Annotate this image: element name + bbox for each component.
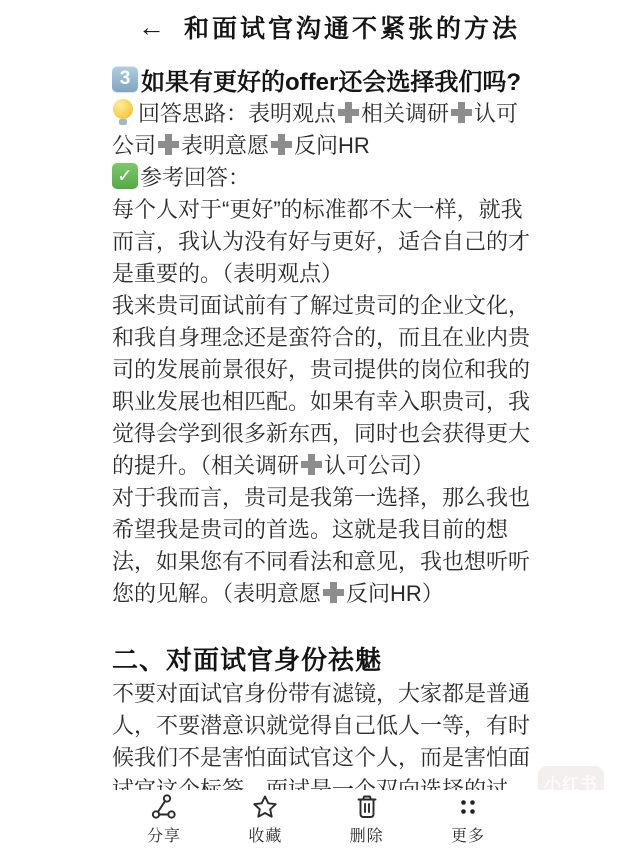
content-line: 司的发展前景很好，贵司提供的岗位和我的 xyxy=(112,352,552,384)
text-run: 反问HR xyxy=(294,129,370,160)
text-run: 公司 xyxy=(112,129,156,160)
content-line: 希望我是贵司的首选。这就是我目前的想 xyxy=(112,512,552,544)
more-icon xyxy=(454,793,482,821)
content-line: 对于我而言，贵司是我第一选择，那么我也 xyxy=(112,480,552,512)
text-run: 人，不要潜意识就觉得自己低人一等，有时 xyxy=(112,709,530,740)
delete-label: 删除 xyxy=(350,823,384,846)
keycap3-icon: 3 xyxy=(112,66,138,92)
plus-icon xyxy=(451,102,472,123)
content-line: 每个人对于“更好”的标准都不太一样，就我 xyxy=(112,192,552,224)
content-line: 参考回答： xyxy=(112,160,552,192)
section-heading: 二、对面试官身份祛魅 xyxy=(112,640,552,676)
text-run: 职业发展也相匹配。如果有幸入职贵司，我 xyxy=(112,385,530,416)
text-run: 不要对面试官身份带有滤镜，大家都是普通 xyxy=(112,677,530,708)
plus-icon xyxy=(301,454,322,475)
delete-button[interactable]: 删除 xyxy=(335,790,399,846)
text-run: 对于我而言，贵司是我第一选择，那么我也 xyxy=(112,481,530,512)
text-run: 的提升。（相关调研 xyxy=(112,449,299,480)
question-heading: 3如果有更好的offer还会选择我们吗? xyxy=(112,62,552,96)
navbar: ← 和面试官沟通不紧张的方法 xyxy=(138,10,520,44)
text-run: 认可 xyxy=(474,97,518,128)
text-run: 是重要的。（表明观点） xyxy=(112,257,343,288)
text-run: 候我们不是害怕面试官这个人，而是害怕面 xyxy=(112,741,530,772)
content-line: 试官这个标签，面试是一个双向选择的过 xyxy=(112,772,552,792)
plus-icon xyxy=(271,134,292,155)
trash-icon xyxy=(353,793,381,821)
more-button[interactable]: 更多 xyxy=(436,790,500,846)
text-run: 而言，我认为没有好与更好，适合自己的才 xyxy=(112,225,530,256)
share-label: 分享 xyxy=(147,823,181,846)
content-line: 公司表明意愿反问HR xyxy=(112,128,552,160)
note-content: 3如果有更好的offer还会选择我们吗?回答思路：表明观点相关调研认可公司表明意… xyxy=(112,62,552,792)
collect-label: 收藏 xyxy=(248,823,282,846)
star-icon xyxy=(251,793,279,821)
content-line: 而言，我认为没有好与更好，适合自己的才 xyxy=(112,224,552,256)
text-run: 和我自身理念还是蛮符合的，而且在业内贵 xyxy=(112,321,530,352)
bottom-toolbar: 分享 收藏 删除 xyxy=(0,790,639,853)
text-run: 如果有更好的offer还会选择我们吗? xyxy=(141,62,521,97)
content-line: 不要对面试官身份带有滤镜，大家都是普通 xyxy=(112,676,552,708)
content-line: 回答思路：表明观点相关调研认可 xyxy=(112,96,552,128)
text-run: 参考回答： xyxy=(140,161,250,192)
toolbar-buttons: 分享 收藏 删除 xyxy=(132,790,500,846)
text-run: 认可公司） xyxy=(324,449,434,480)
text-run: 我来贵司面试前有了解过贵司的企业文化， xyxy=(112,289,530,320)
share-button[interactable]: 分享 xyxy=(132,790,196,846)
content-line: 是重要的。（表明观点） xyxy=(112,256,552,288)
screen: ← 和面试官沟通不紧张的方法 3如果有更好的offer还会选择我们吗?回答思路：… xyxy=(0,0,639,853)
check-icon xyxy=(112,163,138,189)
content-line: 您的见解。（表明意愿反问HR） xyxy=(112,576,552,608)
plus-icon xyxy=(338,102,359,123)
text-run: 二、对面试官身份祛魅 xyxy=(112,640,382,677)
text-run: 法，如果您有不同看法和意见，我也想听听 xyxy=(112,545,530,576)
content-line: 法，如果您有不同看法和意见，我也想听听 xyxy=(112,544,552,576)
content-line: 和我自身理念还是蛮符合的，而且在业内贵 xyxy=(112,320,552,352)
text-run: 司的发展前景很好，贵司提供的岗位和我的 xyxy=(112,353,530,384)
text-run: 希望我是贵司的首选。这就是我目前的想 xyxy=(112,513,508,544)
spacer xyxy=(112,608,552,640)
content-line: 人，不要潜意识就觉得自己低人一等，有时 xyxy=(112,708,552,740)
content-line: 职业发展也相匹配。如果有幸入职贵司，我 xyxy=(112,384,552,416)
share-icon xyxy=(150,793,178,821)
collect-button[interactable]: 收藏 xyxy=(233,790,297,846)
more-label: 更多 xyxy=(451,823,485,846)
text-run: 回答思路：表明观点 xyxy=(138,97,336,128)
text-run: 反问HR） xyxy=(346,577,444,608)
text-run: 表明意愿 xyxy=(181,129,269,160)
text-run: 您的见解。（表明意愿 xyxy=(112,577,321,608)
text-run: 觉得会学到很多新东西，同时也会获得更大 xyxy=(112,417,530,448)
page-title: 和面试官沟通不紧张的方法 xyxy=(184,9,520,45)
text-run: 每个人对于“更好”的标准都不太一样，就我 xyxy=(112,193,523,224)
text-run: 相关调研 xyxy=(361,97,449,128)
plus-icon xyxy=(323,582,344,603)
content-line: 觉得会学到很多新东西，同时也会获得更大 xyxy=(112,416,552,448)
back-icon[interactable]: ← xyxy=(138,14,165,41)
plus-icon xyxy=(158,134,179,155)
content-line: 的提升。（相关调研认可公司） xyxy=(112,448,552,480)
bulb-icon xyxy=(112,98,134,126)
content-line: 候我们不是害怕面试官这个人，而是害怕面 xyxy=(112,740,552,772)
content-line: 我来贵司面试前有了解过贵司的企业文化， xyxy=(112,288,552,320)
